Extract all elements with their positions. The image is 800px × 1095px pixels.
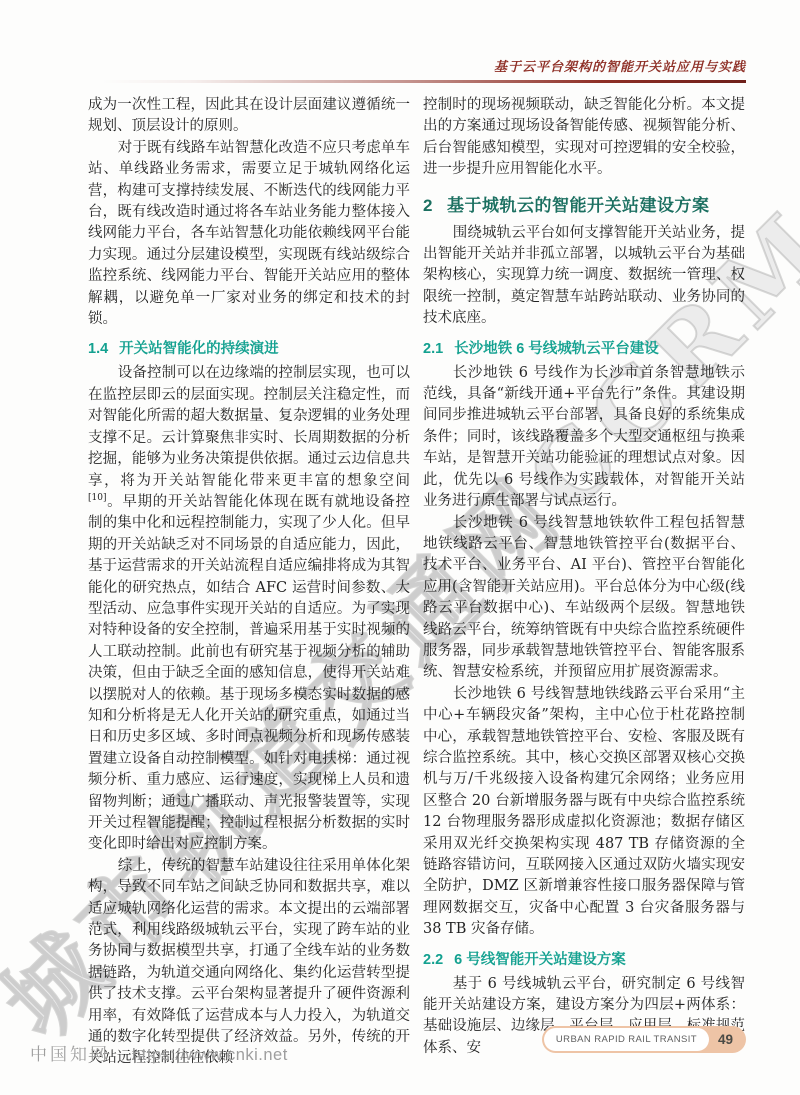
- heading-title: 开关站智能化的持续演进: [119, 341, 279, 357]
- paragraph: 对于既有线路车站智慧化改造不应只考虑单车站、单线路业务需求，需要立足于城轨网络化…: [88, 138, 410, 331]
- heading-title: 6 号线智能开关站建设方案: [454, 952, 626, 968]
- paragraph-text: 设备控制可以在边缘端的控制层实现，也可以在监控层即云的层面实现。控制层关注稳定性…: [88, 365, 410, 488]
- cnki-logo-text: 中国知网: [30, 1045, 110, 1064]
- left-column: 成为一次性工程，因此其在设计层面建议遵循统一规划、顶层设计的原则。 对于既有线路…: [88, 95, 410, 1070]
- heading-number: 2: [423, 196, 433, 215]
- paragraph: 长沙地铁 6 号线智慧地铁线路云平台采用“主中心+车辆段灾备”架构，主中心位于杜…: [423, 684, 745, 941]
- subsection-heading-2-2: 2.26 号线智能开关站建设方案: [423, 948, 745, 969]
- page-number-badge: URBAN RAPID RAIL TRANSIT 49: [542, 1026, 746, 1053]
- heading-title: 长沙地铁 6 号线城轨云平台建设: [454, 341, 659, 357]
- heading-number: 2.2: [423, 952, 443, 968]
- right-column: 控制时的现场视频联动，缺乏智能化分析。本文提出的方案通过现场设备智能传感、视频智…: [423, 95, 745, 1070]
- page-number: 49: [709, 1032, 744, 1047]
- journal-name-en: URBAN RAPID RAIL TRANSIT: [544, 1028, 709, 1051]
- header-rule: [88, 80, 746, 83]
- page: 基于云平台架构的智能开关站应用与实践 成为一次性工程，因此其在设计层面建议遵循统…: [88, 0, 746, 1070]
- paragraph-text: 。早期的开关站智能化体现在既有就地设备控制的集中化和远程控制能力，实现了少人化。…: [88, 494, 410, 853]
- paragraph: 长沙地铁 6 号线作为长沙市首条智慧地铁示范线，具备“新线开通+平台先行”条件。…: [423, 363, 745, 513]
- subsection-heading-2-1: 2.1长沙地铁 6 号线城轨云平台建设: [423, 337, 745, 358]
- cnki-footer: 中国知网https://www.cnki.net: [30, 1040, 288, 1065]
- heading-number: 1.4: [88, 341, 108, 357]
- heading-title: 基于城轨云的智能开关站建设方案: [447, 196, 710, 215]
- running-title: 基于云平台架构的智能开关站应用与实践: [88, 56, 746, 75]
- subsection-heading-1-4: 1.4开关站智能化的持续演进: [88, 337, 410, 358]
- section-heading-2: 2基于城轨云的智能开关站建设方案: [423, 191, 745, 216]
- heading-number: 2.1: [423, 341, 443, 357]
- paragraph: 成为一次性工程，因此其在设计层面建议遵循统一规划、顶层设计的原则。: [88, 95, 410, 138]
- paragraph: 控制时的现场视频联动，缺乏智能化分析。本文提出的方案通过现场设备智能传感、视频智…: [423, 95, 745, 181]
- reference-superscript: [10]: [88, 493, 106, 503]
- paragraph: 综上，传统的智慧车站建设往往采用单体化架构，导致不同车站之间缺乏协同和数据共享，…: [88, 856, 410, 1070]
- two-column-body: 成为一次性工程，因此其在设计层面建议遵循统一规划、顶层设计的原则。 对于既有线路…: [88, 95, 746, 1070]
- paragraph: 围绕城轨云平台如何支撑智能开关站业务，提出智能开关站并非孤立部署，以城轨云平台为…: [423, 223, 745, 330]
- paragraph: 长沙地铁 6 号线智慧地铁软件工程包括智慧地铁线路云平台、智慧地铁管控平台(数据…: [423, 513, 745, 684]
- paragraph: 设备控制可以在边缘端的控制层实现，也可以在监控层即云的层面实现。控制层关注稳定性…: [88, 363, 410, 855]
- cnki-url: https://www.cnki.net: [132, 1046, 288, 1064]
